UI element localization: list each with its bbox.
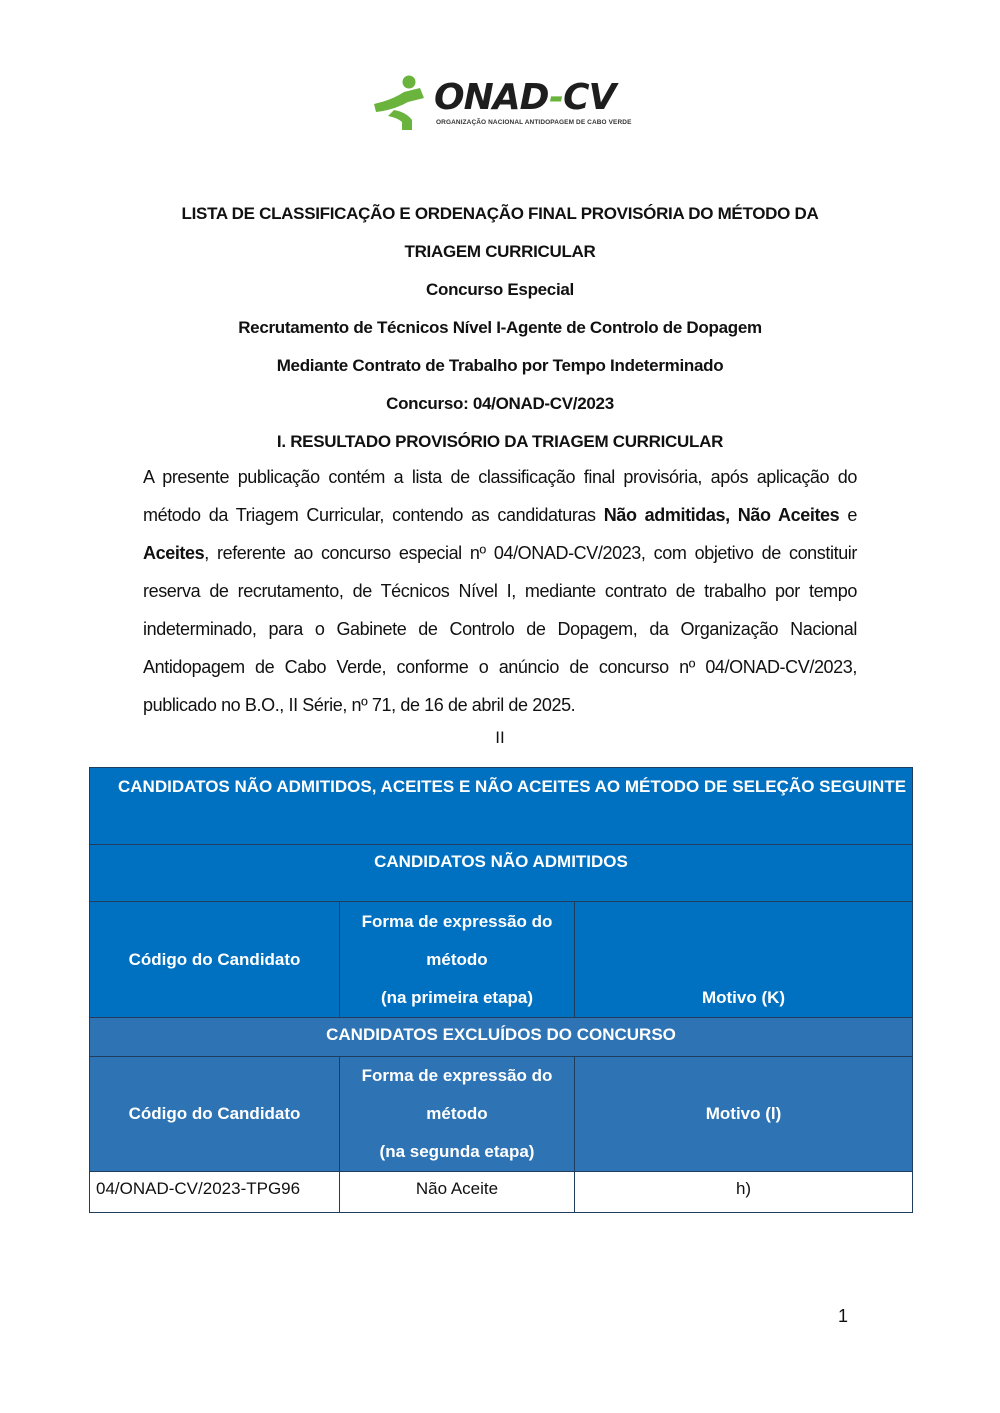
- section-not-admitted-title: CANDIDATOS NÃO ADMITIDOS: [90, 845, 913, 902]
- page-number: 1: [838, 1306, 848, 1327]
- column-header-reason-k: Motivo (K): [575, 902, 913, 1018]
- column-header-method-first-stage: Forma de expressão do método (na primeir…: [340, 902, 575, 1018]
- candidate-code: 04/ONAD-CV/2023-TPG96: [90, 1172, 340, 1213]
- candidates-table: CANDIDATOS NÃO ADMITIDOS, ACEITES E NÃO …: [89, 767, 913, 1213]
- recruitment-title: Recrutamento de Técnicos Nível I-Agente …: [100, 309, 900, 347]
- exclusion-reason: h): [575, 1172, 913, 1213]
- document-title-line-2: TRIAGEM CURRICULAR: [100, 233, 900, 271]
- column-header-reason-l: Motivo (l): [575, 1057, 913, 1172]
- logo-subtitle: ORGANIZAÇÃO NACIONAL ANTIDOPAGEM DE CABO…: [436, 119, 632, 126]
- paragraph-text: e: [839, 505, 857, 525]
- runner-icon: [372, 74, 432, 132]
- document-headings: LISTA DE CLASSIFICAÇÃO E ORDENAÇÃO FINAL…: [100, 195, 900, 461]
- column-header-code: Código do Candidato: [90, 1057, 340, 1172]
- paragraph-bold-accepted: Aceites: [143, 543, 204, 563]
- column-header-code: Código do Candidato: [90, 902, 340, 1018]
- contest-type: Concurso Especial: [100, 271, 900, 309]
- logo-wordmark: ONAD-CV: [434, 78, 615, 118]
- contest-number: Concurso: 04/ONAD-CV/2023: [100, 385, 900, 423]
- section-heading: I. RESULTADO PROVISÓRIO DA TRIAGEM CURRI…: [100, 423, 900, 461]
- intro-paragraph: A presente publicação contém a lista de …: [143, 458, 857, 724]
- column-header-method-second-stage: Forma de expressão do método (na segunda…: [340, 1057, 575, 1172]
- method-result: Não Aceite: [340, 1172, 575, 1213]
- onad-cv-logo: ONAD-CV ORGANIZAÇÃO NACIONAL ANTIDOPAGEM…: [372, 74, 632, 132]
- table-row: 04/ONAD-CV/2023-TPG96 Não Aceite h): [90, 1172, 913, 1213]
- paragraph-bold-status: Não admitidas, Não Aceites: [604, 505, 840, 525]
- table-title: CANDIDATOS NÃO ADMITIDOS, ACEITES E NÃO …: [90, 768, 913, 845]
- document-title-line-1: LISTA DE CLASSIFICAÇÃO E ORDENAÇÃO FINAL…: [100, 195, 900, 233]
- section-excluded-title: CANDIDATOS EXCLUÍDOS DO CONCURSO: [90, 1018, 913, 1057]
- section-numeral: II: [0, 728, 1000, 748]
- contract-type: Mediante Contrato de Trabalho por Tempo …: [100, 347, 900, 385]
- paragraph-text: , referente ao concurso especial nº 04/O…: [143, 543, 857, 715]
